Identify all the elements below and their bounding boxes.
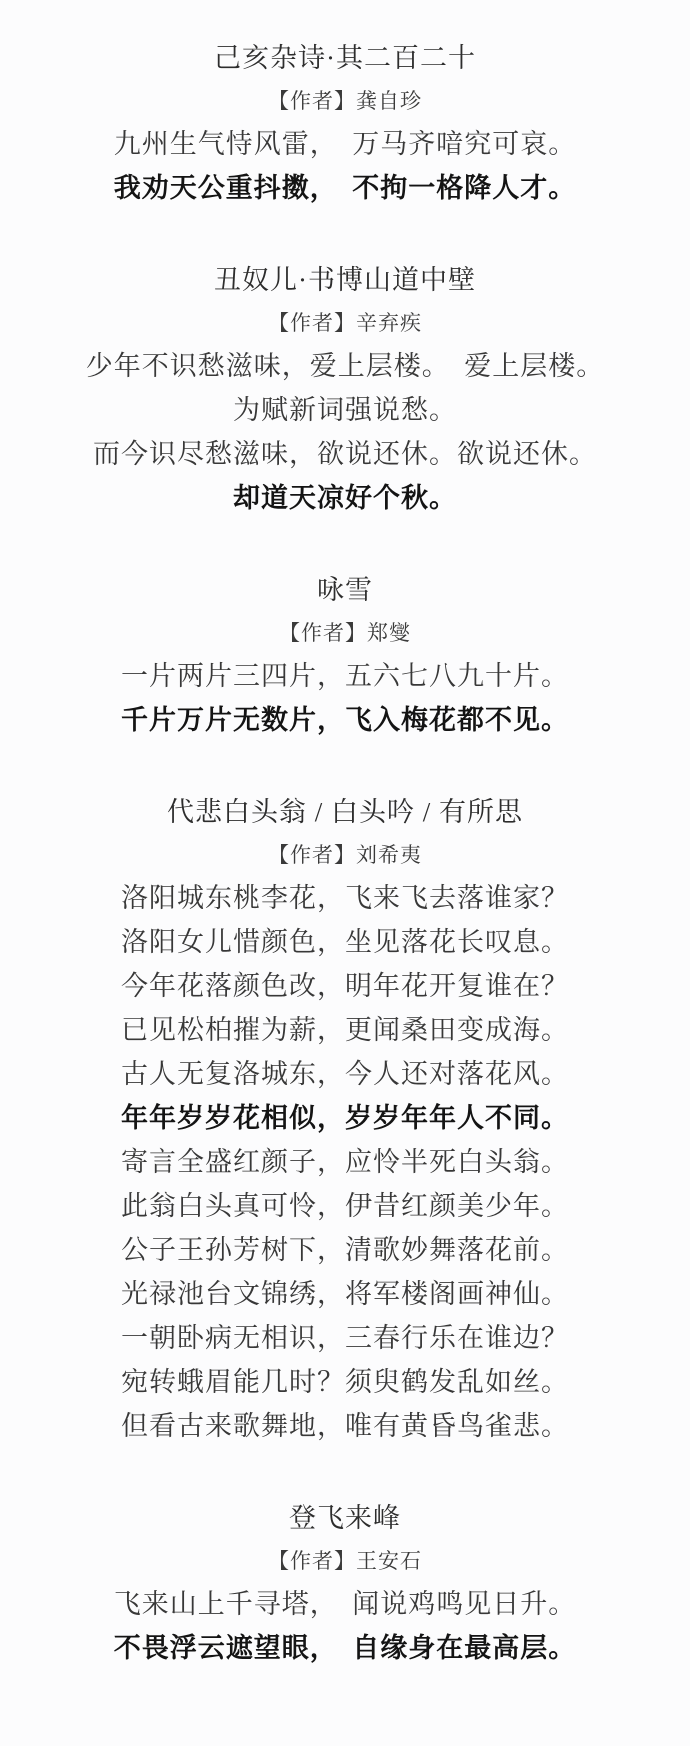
poem-section-dengfeilaifeng: 登飞来峰 【作者】王安石 飞来山上千寻塔， 闻说鸡鸣见日升。 不畏浮云遮望眼， … (0, 1496, 690, 1670)
poem-line: 古人无复洛城东，今人还对落花风。 (0, 1052, 690, 1096)
poem-line: 洛阳女儿惜颜色，坐见落花长叹息。 (0, 920, 690, 964)
poem-line: 却道天凉好个秋。 (0, 476, 690, 520)
poem-line: 而今识尽愁滋味，欲说还休。欲说还休。 (0, 432, 690, 476)
poem-line: 寄言全盛红颜子，应怜半死白头翁。 (0, 1140, 690, 1184)
poem-author-line: 【作者】龚自珍 (0, 80, 690, 122)
poem-line: 但看古来歌舞地，唯有黄昏鸟雀悲。 (0, 1404, 690, 1448)
poem-line: 为赋新词强说愁。 (0, 388, 690, 432)
poem-line: 光禄池台文锦绣，将军楼阁画神仙。 (0, 1272, 690, 1316)
poem-line: 一片两片三四片，五六七八九十片。 (0, 654, 690, 698)
poem-line: 洛阳城东桃李花，飞来飞去落谁家？ (0, 876, 690, 920)
poem-line: 此翁白头真可怜，伊昔红颜美少年。 (0, 1184, 690, 1228)
poem-line: 飞来山上千寻塔， 闻说鸡鸣见日升。 (0, 1582, 690, 1626)
poem-line: 少年不识愁滋味，爱上层楼。 爱上层楼。 (0, 344, 690, 388)
poem-line: 一朝卧病无相识，三春行乐在谁边？ (0, 1316, 690, 1360)
poem-line: 公子王孙芳树下，清歌妙舞落花前。 (0, 1228, 690, 1272)
poem-title: 丑奴儿·书博山道中壁 (0, 258, 690, 302)
poem-section-yongxue: 咏雪 【作者】郑燮 一片两片三四片，五六七八九十片。 千片万片无数片，飞入梅花都… (0, 568, 690, 742)
poem-author-line: 【作者】辛弃疾 (0, 302, 690, 344)
poem-section-chounuer: 丑奴儿·书博山道中壁 【作者】辛弃疾 少年不识愁滋味，爱上层楼。 爱上层楼。 为… (0, 258, 690, 520)
poem-line: 宛转蛾眉能几时？须臾鹤发乱如丝。 (0, 1360, 690, 1404)
poem-line: 年年岁岁花相似，岁岁年年人不同。 (0, 1096, 690, 1140)
poem-title: 咏雪 (0, 568, 690, 612)
poem-title: 代悲白头翁 / 白头吟 / 有所思 (0, 790, 690, 834)
poem-section-jihaizashi: 己亥杂诗·其二百二十 【作者】龚自珍 九州生气恃风雷， 万马齐喑究可哀。 我劝天… (0, 36, 690, 210)
poem-author-line: 【作者】郑燮 (0, 612, 690, 654)
poem-title: 己亥杂诗·其二百二十 (0, 36, 690, 80)
poetry-page: 己亥杂诗·其二百二十 【作者】龚自珍 九州生气恃风雷， 万马齐喑究可哀。 我劝天… (0, 0, 690, 1670)
poem-line: 不畏浮云遮望眼， 自缘身在最高层。 (0, 1626, 690, 1670)
poem-section-daibeibaitouweng: 代悲白头翁 / 白头吟 / 有所思 【作者】刘希夷 洛阳城东桃李花，飞来飞去落谁… (0, 790, 690, 1448)
poem-line: 九州生气恃风雷， 万马齐喑究可哀。 (0, 122, 690, 166)
poem-author-line: 【作者】刘希夷 (0, 834, 690, 876)
poem-author-line: 【作者】王安石 (0, 1540, 690, 1582)
poem-line: 我劝天公重抖擞， 不拘一格降人才。 (0, 166, 690, 210)
poem-line: 千片万片无数片，飞入梅花都不见。 (0, 698, 690, 742)
poem-line: 今年花落颜色改，明年花开复谁在？ (0, 964, 690, 1008)
poem-title: 登飞来峰 (0, 1496, 690, 1540)
poem-line: 已见松柏摧为薪，更闻桑田变成海。 (0, 1008, 690, 1052)
